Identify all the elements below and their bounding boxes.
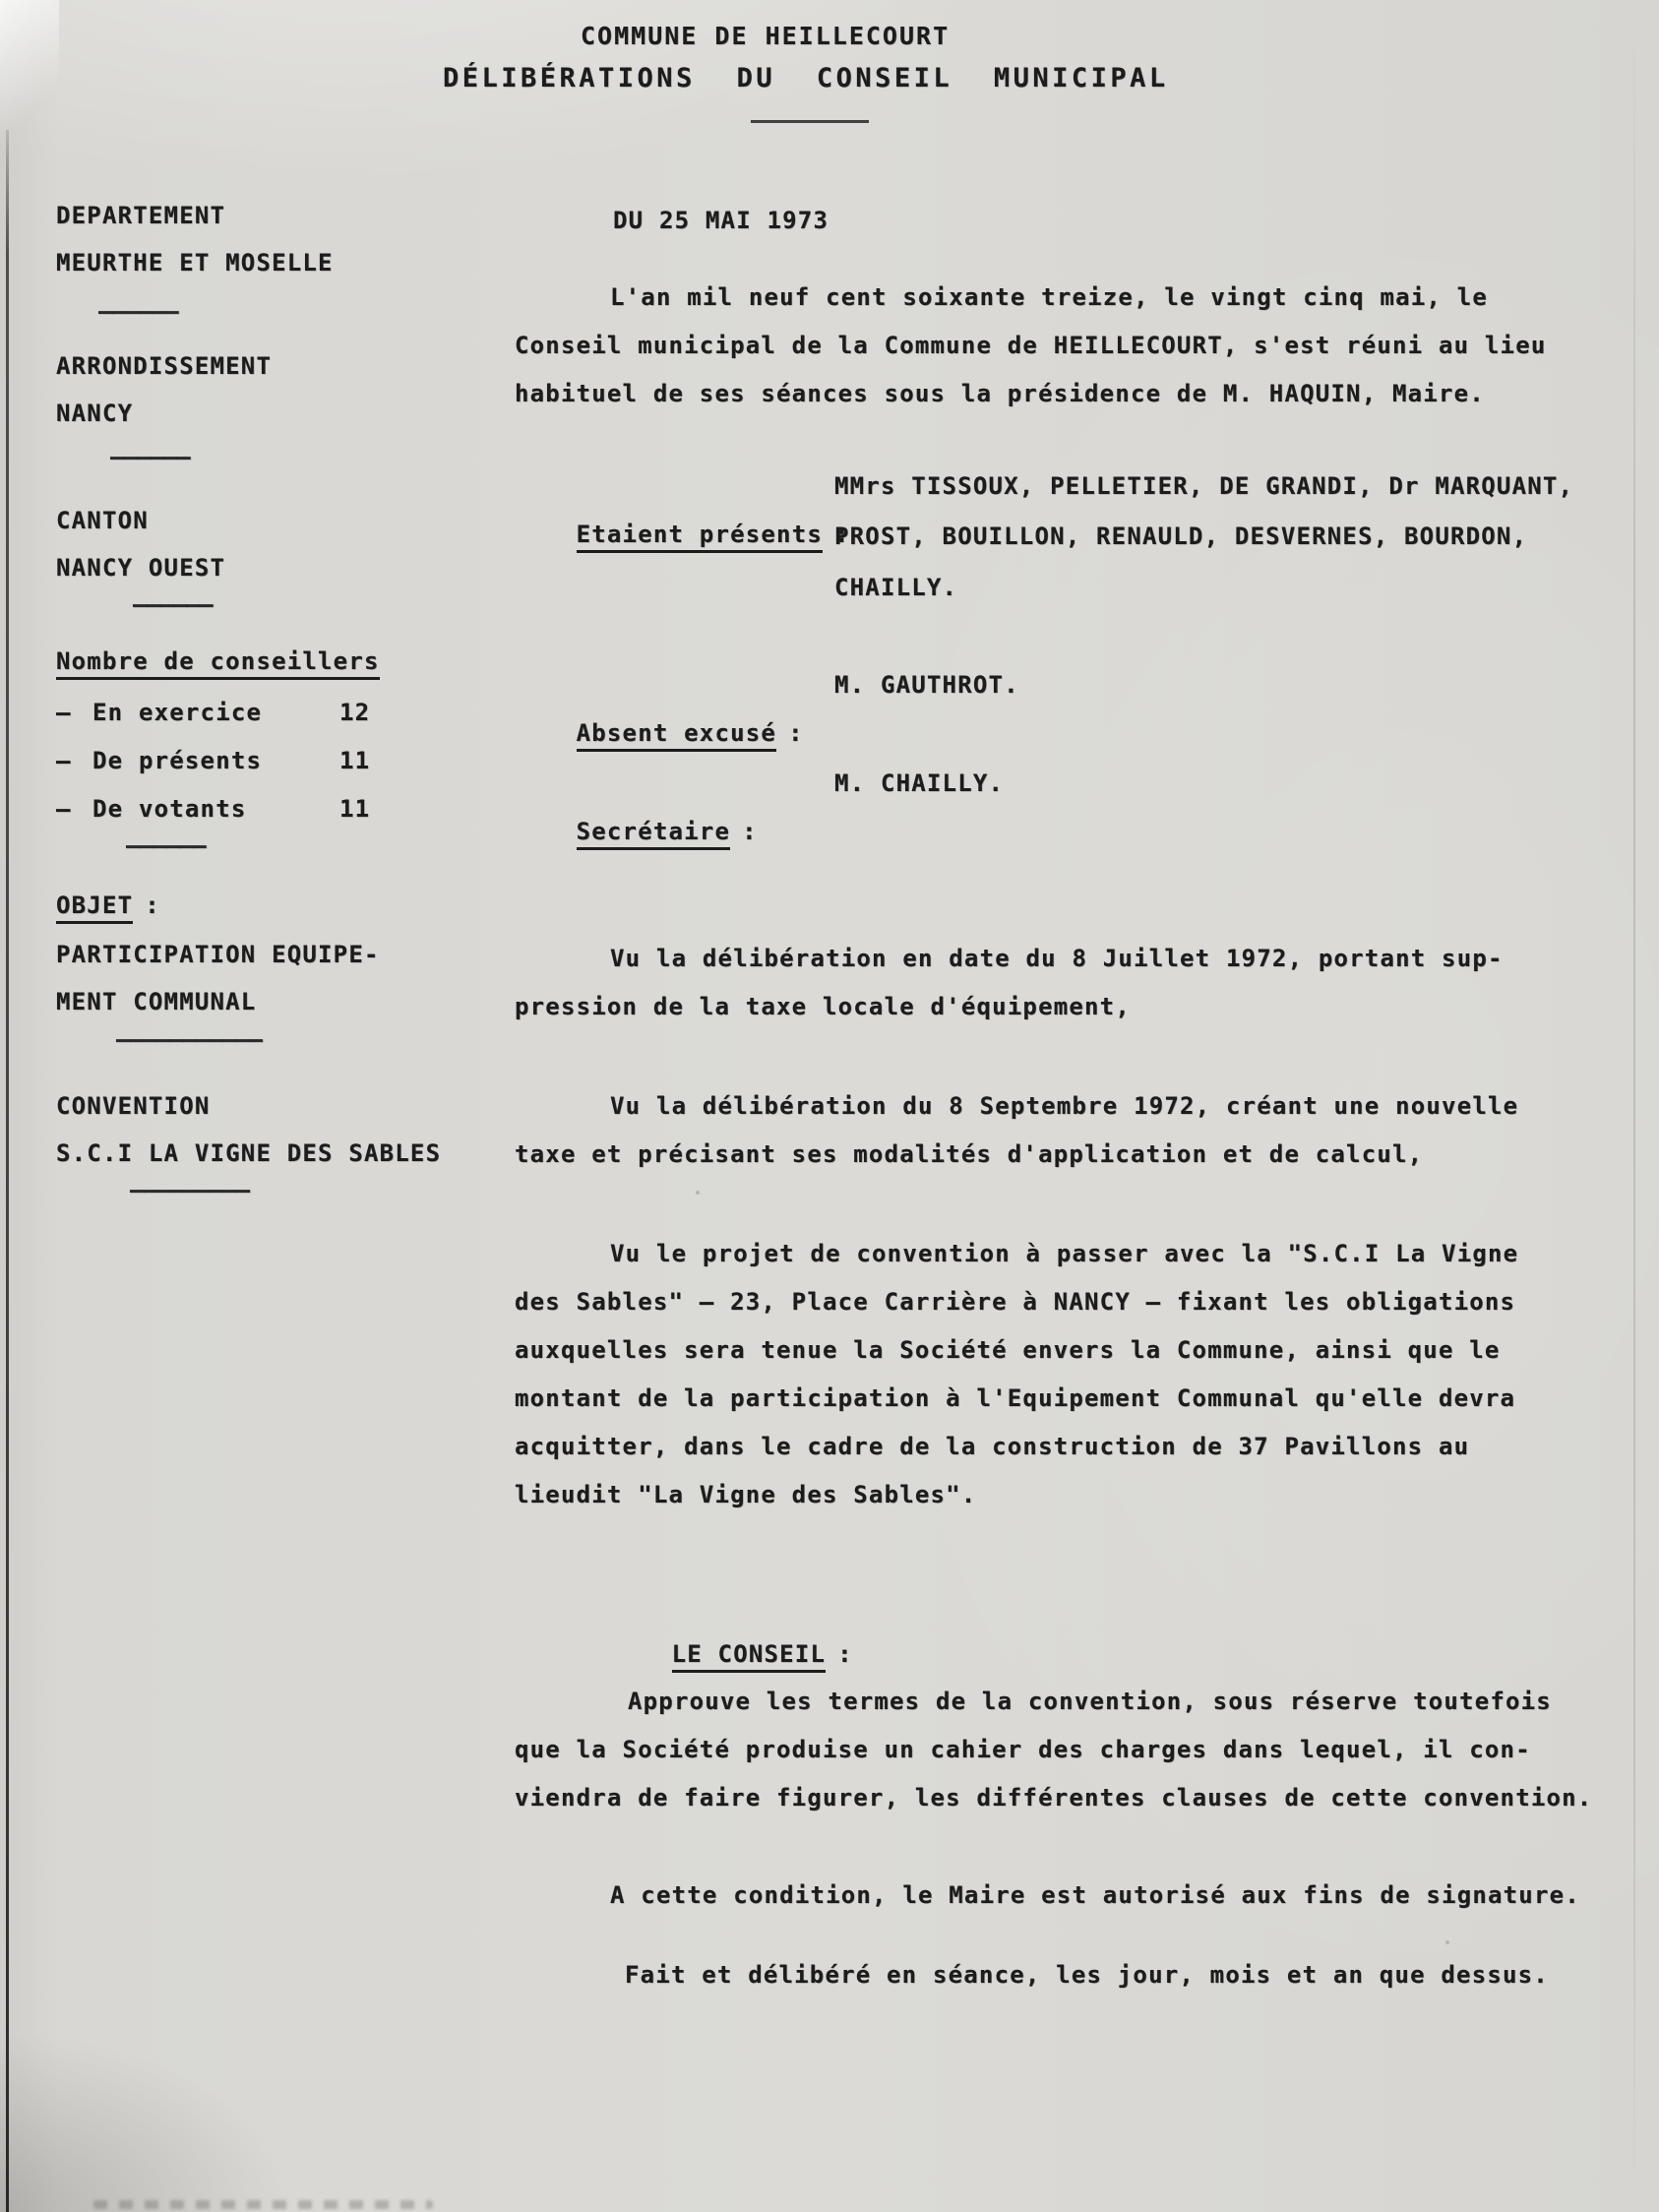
paper-crease-line [1633,0,1635,2212]
objet-colon: : [145,891,160,919]
presents-names-1: MMrs TISSOUX, PELLETIER, DE GRANDI, Dr M… [834,462,1573,511]
vu3-line-2: des Sables" – 23, Place Carrière à NANCY… [515,1278,1515,1326]
secretary-row: Secrétaire: M. CHAILLY. [515,760,758,952]
objet-label: OBJET: [56,882,160,930]
absent-label: Absent excusé [577,719,776,752]
row-label: En exercice [92,689,262,737]
ink-speck [696,1191,700,1195]
vu3-line-5: acquitter, dans le cadre de la construct… [515,1423,1469,1471]
row-label: De présents [92,737,262,785]
commune-title: COMMUNE DE HEILLECOURT [581,12,950,60]
presents-label: Etaient présents [577,521,823,553]
scanned-deliberation-page: COMMUNE DE HEILLECOURT DÉLIBÉRATIONS DU … [0,0,1659,2212]
opening-line-1: L'an mil neuf cent soixante treize, le v… [610,274,1488,322]
counselors-title-text: Nombre de conseillers [56,647,380,680]
decision-line-2: que la Société produise un cahier des ch… [515,1726,1531,1774]
dash-separator: —————— [98,287,178,336]
department-label: DEPARTEMENT [56,192,225,240]
secretary-label: Secrétaire [577,818,731,850]
conseil-colon: : [837,1640,853,1668]
opening-line-3: habituel de ses séances sous la présiden… [515,370,1485,418]
opening-line-2: Conseil municipal de la Commune de HEILL… [515,322,1547,370]
paper-corner-highlight [0,0,59,148]
secretary-colon: : [742,818,758,845]
row-dash: – [56,737,72,785]
counselors-title: Nombre de conseillers [56,638,380,686]
presents-names-3: CHAILLY. [834,564,957,612]
condition-line: A cette condition, le Maire est autorisé… [610,1872,1580,1920]
row-value: 11 [339,785,370,833]
vu3-line-4: montant de la participation à l'Equipeme… [515,1375,1515,1423]
dash-separator: ————————— [130,1166,249,1214]
conseil-heading-text: LE CONSEIL [672,1640,827,1673]
ink-speck [1445,1940,1449,1944]
title-underline [751,120,869,123]
vu1-line-2: pression de la taxe locale d'équipement, [515,983,1131,1031]
canton-label: CANTON [56,497,149,545]
dash-separator: —————— [133,581,213,629]
absent-colon: : [788,719,804,747]
objet-label-text: OBJET [56,891,133,924]
vu3-line-3: auxquelles sera tenue la Société envers … [515,1326,1501,1375]
vu1-line-1: Vu la délibération en date du 8 Juillet … [610,935,1504,983]
dash-separator: —————— [126,822,206,870]
vu2-line-1: Vu la délibération du 8 Septembre 1972, … [610,1082,1518,1131]
arrondissement-value: NANCY [56,390,133,438]
session-date-heading: DU 25 MAI 1973 [613,197,829,245]
convention-line-1: CONVENTION [56,1082,211,1131]
closing-line: Fait et délibéré en séance, les jour, mo… [625,1951,1549,1999]
scan-left-edge [6,130,9,2212]
row-value: 11 [339,737,370,785]
presents-names-2: PROST, BOUILLON, RENAULD, DESVERNES, BOU… [834,513,1527,561]
page-title: DÉLIBÉRATIONS DU CONSEIL MUNICIPAL [443,54,1169,102]
decision-line-3: viendra de faire figurer, les différente… [515,1774,1592,1822]
vu3-line-6: lieudit "La Vigne des Sables". [515,1471,976,1519]
row-dash: – [56,689,72,737]
presents-row: Etaient présents: [515,462,850,607]
row-value: 12 [339,689,370,737]
decision-line-1: Approuve les termes de la convention, so… [628,1678,1552,1726]
row-dash: – [56,785,72,833]
dash-separator: —————— [110,433,190,481]
dash-separator: ——————————— [116,1015,262,1064]
arrondissement-label: ARRONDISSEMENT [56,342,272,391]
vu3-line-1: Vu le projet de convention à passer avec… [610,1230,1518,1278]
cutoff-text-smudge [93,2200,433,2209]
department-value: MEURTHE ET MOSELLE [56,239,334,287]
vu2-line-2: taxe et précisant ses modalités d'applic… [515,1131,1423,1179]
absent-value: M. GAUTHROT. [834,661,1019,709]
secretary-value: M. CHAILLY. [834,760,1004,808]
objet-line-1: PARTICIPATION EQUIPE- [56,931,380,979]
